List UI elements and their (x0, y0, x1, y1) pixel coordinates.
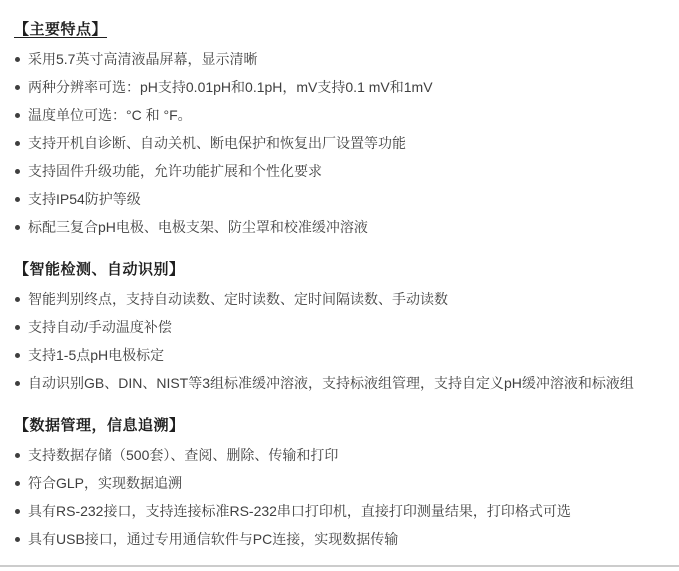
bullet-icon (15, 197, 20, 202)
bullet-icon (15, 225, 20, 230)
bullet-text: 自动识别GB、DIN、NIST等3组标准缓冲溶液，支持标液组管理，支持自定义pH… (28, 375, 634, 391)
list-item: 采用5.7英寸高清液晶屏幕，显示清晰 (14, 48, 669, 76)
bullet-text: 符合GLP，实现数据追溯 (28, 475, 182, 491)
content: 【主要特点】 采用5.7英寸高清液晶屏幕，显示清晰两种分辨率可选：pH支持0.0… (0, 0, 679, 556)
bullet-icon (15, 481, 20, 486)
bullet-list: 智能判别终点，支持自动读数、定时读数、定时间隔读数、手动读数支持自动/手动温度补… (14, 288, 669, 400)
bullet-text: 采用5.7英寸高清液晶屏幕，显示清晰 (28, 51, 257, 67)
bullet-list: 采用5.7英寸高清液晶屏幕，显示清晰两种分辨率可选：pH支持0.01pH和0.1… (14, 48, 669, 244)
section-title: 【主要特点】 (14, 20, 669, 40)
list-item: 智能判别终点，支持自动读数、定时读数、定时间隔读数、手动读数 (14, 288, 669, 316)
feature-section: 【数据管理，信息追溯】 支持数据存储（500套）、查阅、删除、传输和打印符合GL… (14, 416, 669, 556)
bullet-text: 两种分辨率可选：pH支持0.01pH和0.1pH，mV支持0.1 mV和1mV (28, 79, 433, 95)
document-page: 【主要特点】 采用5.7英寸高清液晶屏幕，显示清晰两种分辨率可选：pH支持0.0… (0, 0, 679, 571)
list-item: 温度单位可选：°C 和 °F。 (14, 104, 669, 132)
list-item: 支持1-5点pH电极标定 (14, 344, 669, 372)
bullet-text: 具有RS-232接口，支持连接标准RS-232串口打印机，直接打印测量结果，打印… (28, 503, 571, 519)
feature-section: 【主要特点】 采用5.7英寸高清液晶屏幕，显示清晰两种分辨率可选：pH支持0.0… (14, 20, 669, 244)
list-item: 符合GLP，实现数据追溯 (14, 472, 669, 500)
bullet-icon (15, 453, 20, 458)
bullet-text: 温度单位可选：°C 和 °F。 (28, 107, 192, 123)
bullet-text: 支持1-5点pH电极标定 (28, 347, 164, 363)
bullet-text: 支持IP54防护等级 (28, 191, 141, 207)
bullet-icon (15, 297, 20, 302)
bullet-text: 标配三复合pH电极、电极支架、防尘罩和校准缓冲溶液 (28, 219, 368, 235)
bullet-icon (15, 381, 20, 386)
section-title: 【数据管理，信息追溯】 (14, 416, 669, 436)
bullet-icon (15, 169, 20, 174)
bullet-icon (15, 141, 20, 146)
list-item: 具有RS-232接口，支持连接标准RS-232串口打印机，直接打印测量结果，打印… (14, 500, 669, 528)
bullet-icon (15, 325, 20, 330)
bullet-icon (15, 509, 20, 514)
list-item: 具有USB接口，通过专用通信软件与PC连接，实现数据传输 (14, 528, 669, 556)
list-item: 支持数据存储（500套）、查阅、删除、传输和打印 (14, 444, 669, 472)
bullet-text: 支持固件升级功能，允许功能扩展和个性化要求 (28, 163, 322, 179)
section-title: 【智能检测、自动识别】 (14, 260, 669, 280)
bullet-icon (15, 353, 20, 358)
list-item: 支持开机自诊断、自动关机、断电保护和恢复出厂设置等功能 (14, 132, 669, 160)
list-item: 支持自动/手动温度补偿 (14, 316, 669, 344)
list-item: 标配三复合pH电极、电极支架、防尘罩和校准缓冲溶液 (14, 216, 669, 244)
feature-section: 【智能检测、自动识别】 智能判别终点，支持自动读数、定时读数、定时间隔读数、手动… (14, 260, 669, 400)
bullet-text: 支持开机自诊断、自动关机、断电保护和恢复出厂设置等功能 (28, 135, 406, 151)
list-item: 自动识别GB、DIN、NIST等3组标准缓冲溶液，支持标液组管理，支持自定义pH… (14, 372, 669, 400)
bullet-text: 支持自动/手动温度补偿 (28, 319, 172, 335)
bullet-icon (15, 113, 20, 118)
list-item: 支持IP54防护等级 (14, 188, 669, 216)
bullet-text: 具有USB接口，通过专用通信软件与PC连接，实现数据传输 (28, 531, 398, 547)
bullet-text: 支持数据存储（500套）、查阅、删除、传输和打印 (28, 447, 338, 463)
bottom-divider (0, 565, 679, 567)
list-item: 支持固件升级功能，允许功能扩展和个性化要求 (14, 160, 669, 188)
bullet-icon (15, 85, 20, 90)
bullet-icon (15, 57, 20, 62)
list-item: 两种分辨率可选：pH支持0.01pH和0.1pH，mV支持0.1 mV和1mV (14, 76, 669, 104)
bullet-list: 支持数据存储（500套）、查阅、删除、传输和打印符合GLP，实现数据追溯具有RS… (14, 444, 669, 556)
bullet-text: 智能判别终点，支持自动读数、定时读数、定时间隔读数、手动读数 (28, 291, 448, 307)
bullet-icon (15, 537, 20, 542)
